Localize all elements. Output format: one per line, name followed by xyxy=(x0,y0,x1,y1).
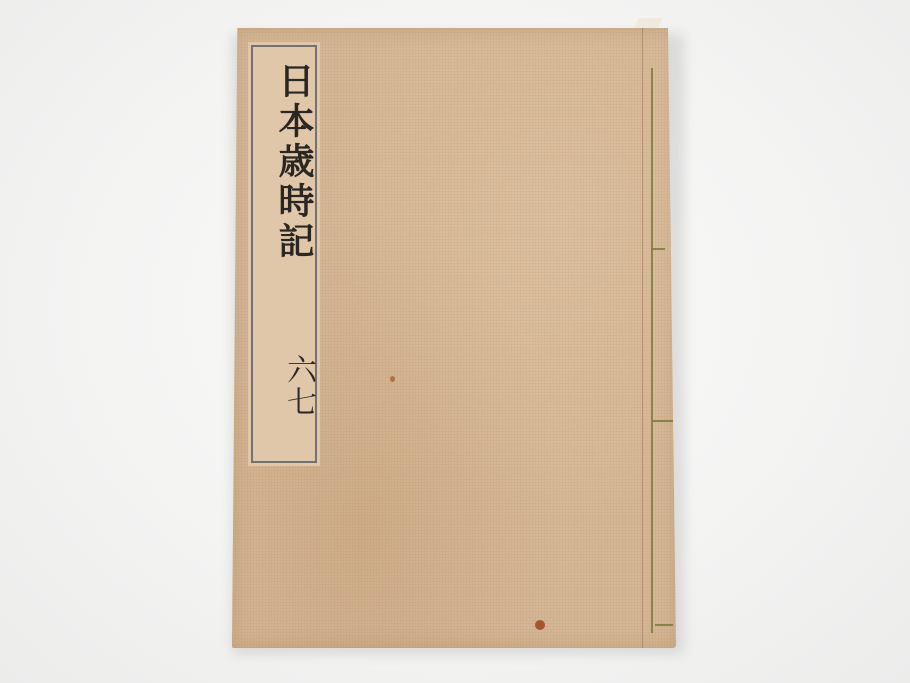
spine-fold-line xyxy=(642,28,643,648)
binding-stitch xyxy=(651,248,665,250)
binding-stitch xyxy=(653,420,673,422)
book-title: 日本歳時記 xyxy=(248,62,320,262)
title-slip: 日本歳時記 六七 xyxy=(248,42,320,466)
binding-thread xyxy=(651,68,653,633)
binding-stitch xyxy=(655,624,673,626)
stain-spot xyxy=(390,376,395,382)
book-cover: 日本歳時記 六七 xyxy=(232,28,676,648)
stain-spot xyxy=(535,620,545,630)
volume-number: 六七 xyxy=(248,354,320,418)
